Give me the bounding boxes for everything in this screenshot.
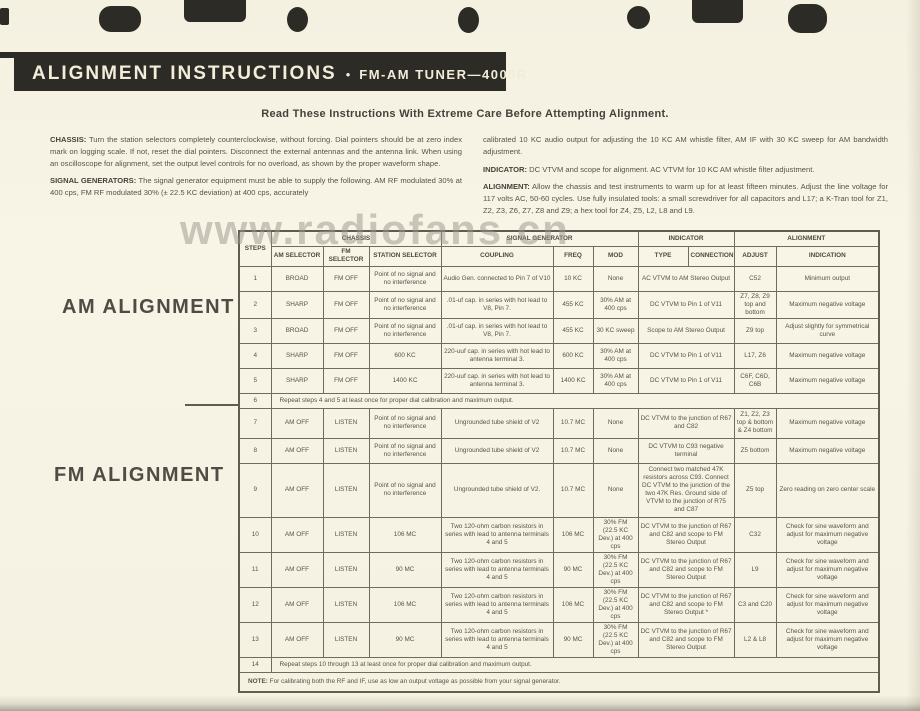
section-divider-line — [185, 404, 239, 406]
cell-freq: 455 KC — [553, 291, 593, 318]
cell-am-selector: SHARP — [271, 291, 323, 318]
cell-connection: DC VTVM to Pin 1 of V11 — [638, 368, 734, 393]
cell-fm-selector: LISTEN — [323, 517, 369, 552]
cell-station-selector: 106 MC — [369, 517, 441, 552]
cell-am-selector: SHARP — [271, 343, 323, 368]
cell-mod: None — [593, 408, 638, 438]
header-group-alignment: ALIGNMENT — [734, 231, 879, 246]
cell-coupling: .01-uf cap. in series with hot lead to V… — [441, 318, 553, 343]
table-row: 14Repeat steps 10 through 13 at least on… — [239, 657, 879, 672]
cell-connection: DC VTVM to the junction of R67 and C82 a… — [638, 622, 734, 657]
note-row: NOTE: For calibrating both the RF and IF… — [239, 672, 879, 692]
table-row: 8AM OFFLISTENPoint of no signal and no i… — [239, 438, 879, 463]
cell-am-selector: AM OFF — [271, 622, 323, 657]
cell-adjust: Z5 bottom — [734, 438, 776, 463]
punch-mark — [184, 0, 246, 22]
header-cell-type: TYPE — [638, 246, 688, 266]
punch-mark — [0, 8, 9, 25]
cell-station-selector: 106 MC — [369, 587, 441, 622]
cell-adjust: C32 — [734, 517, 776, 552]
cell-step: 3 — [239, 318, 271, 343]
punch-mark — [99, 6, 141, 32]
fm-alignment-label: FM ALIGNMENT — [54, 464, 225, 487]
cell-adjust: L9 — [734, 552, 776, 587]
signal-generators-paragraph: SIGNAL GENERATORS: The signal generator … — [50, 175, 462, 199]
cell-freq: 10 KC — [553, 266, 593, 291]
header-cell-fm-selector: FM SELECTOR — [323, 246, 369, 266]
alignment-table: STEPSCHASSISSIGNAL GENERATORINDICATORALI… — [238, 230, 880, 693]
cell-freq: 106 MC — [553, 517, 593, 552]
cell-freq: 90 MC — [553, 622, 593, 657]
cell-station-selector: Point of no signal and no interference — [369, 408, 441, 438]
cell-repeat-instruction: Repeat steps 10 through 13 at least once… — [271, 657, 879, 672]
cell-coupling: Two 120-ohm carbon resistors in series w… — [441, 587, 553, 622]
cell-adjust: C6F, C6D, C6B — [734, 368, 776, 393]
cell-adjust: L17, Z6 — [734, 343, 776, 368]
cell-connection: DC VTVM to the junction of R67 and C82 a… — [638, 517, 734, 552]
cell-station-selector: Point of no signal and no interference — [369, 318, 441, 343]
table-row: 9AM OFFLISTENPoint of no signal and no i… — [239, 463, 879, 517]
header-cell-station-selector: STATION SELECTOR — [369, 246, 441, 266]
header-cell-coupling: COUPLING — [441, 246, 553, 266]
cell-coupling: .01-uf cap. in series with hot lead to V… — [441, 291, 553, 318]
cell-step: 10 — [239, 517, 271, 552]
cell-connection: DC VTVM to the junction of R67 and C82 a… — [638, 587, 734, 622]
cell-am-selector: AM OFF — [271, 408, 323, 438]
cell-am-selector: BROAD — [271, 266, 323, 291]
cell-step: 13 — [239, 622, 271, 657]
header-group-signal-generator: SIGNAL GENERATOR — [441, 231, 638, 246]
cell-indication: Zero reading on zero center scale — [776, 463, 879, 517]
cell-mod: 30% FM (22.5 KC Dev.) at 400 cps — [593, 517, 638, 552]
cell-step: 8 — [239, 438, 271, 463]
cell-indication: Maximum negative voltage — [776, 368, 879, 393]
cell-am-selector: AM OFF — [271, 463, 323, 517]
page-edge-right — [906, 0, 920, 711]
cell-coupling: Two 120-ohm carbon resistors in series w… — [441, 517, 553, 552]
cell-coupling: Ungrounded tube shield of V2 — [441, 408, 553, 438]
header-cell-indication: INDICATION — [776, 246, 879, 266]
cell-connection: DC VTVM to the junction of R67 and C82 a… — [638, 552, 734, 587]
header-cell-mod: MOD — [593, 246, 638, 266]
indicator-paragraph: INDICATOR: DC VTVM and scope for alignme… — [483, 164, 888, 176]
cell-fm-selector: LISTEN — [323, 408, 369, 438]
cell-step: 12 — [239, 587, 271, 622]
table-row: 4SHARPFM OFF600 KC220-uuf cap. in series… — [239, 343, 879, 368]
table-row: 12AM OFFLISTEN106 MCTwo 120-ohm carbon r… — [239, 587, 879, 622]
table-row: 1BROADFM OFFPoint of no signal and no in… — [239, 266, 879, 291]
cell-connection: Connect two matched 47K resistors across… — [638, 463, 734, 517]
cell-step: 5 — [239, 368, 271, 393]
cell-am-selector: AM OFF — [271, 587, 323, 622]
cell-freq: 1400 KC — [553, 368, 593, 393]
header-cell-am-selector: AM SELECTOR — [271, 246, 323, 266]
cell-adjust: Z9 top — [734, 318, 776, 343]
cell-fm-selector: FM OFF — [323, 318, 369, 343]
cell-connection: DC VTVM to C93 negative terminal — [638, 438, 734, 463]
cell-fm-selector: FM OFF — [323, 368, 369, 393]
cell-adjust: Z7, Z8, Z9 top and bottom — [734, 291, 776, 318]
cell-step: 11 — [239, 552, 271, 587]
cell-station-selector: Point of no signal and no interference — [369, 266, 441, 291]
cell-adjust: C52 — [734, 266, 776, 291]
cell-am-selector: SHARP — [271, 368, 323, 393]
read-notice: Read These Instructions With Extreme Car… — [230, 108, 700, 120]
cell-mod: 30% FM (22.5 KC Dev.) at 400 cps — [593, 587, 638, 622]
header-cell-steps: STEPS — [239, 231, 271, 266]
cell-fm-selector: LISTEN — [323, 622, 369, 657]
cell-station-selector: 90 MC — [369, 622, 441, 657]
cell-coupling: Two 120-ohm carbon resistors in series w… — [441, 552, 553, 587]
cell-mod: None — [593, 266, 638, 291]
cell-mod: 30% FM (22.5 KC Dev.) at 400 cps — [593, 552, 638, 587]
bullet-separator: • — [346, 67, 351, 82]
table-row: 7AM OFFLISTENPoint of no signal and no i… — [239, 408, 879, 438]
cell-mod: 30% AM at 400 cps — [593, 343, 638, 368]
cell-mod: 30% AM at 400 cps — [593, 291, 638, 318]
cell-step: 1 — [239, 266, 271, 291]
table-row: 13AM OFFLISTEN90 MCTwo 120-ohm carbon re… — [239, 622, 879, 657]
cell-indication: Maximum negative voltage — [776, 343, 879, 368]
cell-station-selector: Point of no signal and no interference — [369, 438, 441, 463]
cell-station-selector: 600 KC — [369, 343, 441, 368]
cell-step: 6 — [239, 393, 271, 408]
cell-fm-selector: LISTEN — [323, 438, 369, 463]
table-row: 10AM OFFLISTEN106 MCTwo 120-ohm carbon r… — [239, 517, 879, 552]
cell-mod: None — [593, 438, 638, 463]
cell-connection: DC VTVM to the junction of R67 and C82 — [638, 408, 734, 438]
page-edge-bottom — [0, 695, 920, 711]
cell-fm-selector: LISTEN — [323, 552, 369, 587]
cell-connection: DC VTVM to Pin 1 of V11 — [638, 343, 734, 368]
model-title: FM-AM TUNER—4000R — [359, 67, 528, 82]
cell-freq: 10.7 MC — [553, 408, 593, 438]
header-group-indicator: INDICATOR — [638, 231, 734, 246]
cell-mod: 30% AM at 400 cps — [593, 368, 638, 393]
cell-coupling: Ungrounded tube shield of V2. — [441, 463, 553, 517]
punch-mark — [627, 6, 650, 29]
header-cell-freq: FREQ — [553, 246, 593, 266]
cell-am-selector: AM OFF — [271, 438, 323, 463]
cell-mod: None — [593, 463, 638, 517]
cell-fm-selector: FM OFF — [323, 266, 369, 291]
cell-indication: Check for sine waveform and adjust for m… — [776, 622, 879, 657]
cell-coupling: Ungrounded tube shield of V2 — [441, 438, 553, 463]
cell-station-selector: Point of no signal and no interference — [369, 463, 441, 517]
cell-step: 2 — [239, 291, 271, 318]
table-row: 2SHARPFM OFFPoint of no signal and no in… — [239, 291, 879, 318]
page-title: ALIGNMENT INSTRUCTIONS — [32, 63, 337, 85]
intro-left-column: CHASSIS: Turn the station selectors comp… — [50, 134, 462, 205]
cell-step: 4 — [239, 343, 271, 368]
cell-freq: 10.7 MC — [553, 438, 593, 463]
cell-am-selector: BROAD — [271, 318, 323, 343]
cell-adjust: Z5 top — [734, 463, 776, 517]
cell-station-selector: Point of no signal and no interference — [369, 291, 441, 318]
cell-mod: 30 KC sweep — [593, 318, 638, 343]
cell-station-selector: 90 MC — [369, 552, 441, 587]
cell-step: 14 — [239, 657, 271, 672]
cell-am-selector: AM OFF — [271, 552, 323, 587]
cell-fm-selector: FM OFF — [323, 343, 369, 368]
cell-freq: 455 KC — [553, 318, 593, 343]
cell-indication: Adjust slightly for symmetrical curve — [776, 318, 879, 343]
cell-note: NOTE: For calibrating both the RF and IF… — [239, 672, 879, 692]
cell-indication: Minimum output — [776, 266, 879, 291]
cell-coupling: Audio Gen. connected to Pin 7 of V10 — [441, 266, 553, 291]
cell-mod: 30% FM (22.5 KC Dev.) at 400 cps — [593, 622, 638, 657]
title-bar: ALIGNMENT INSTRUCTIONS • FM-AM TUNER—400… — [14, 57, 506, 91]
cell-step: 9 — [239, 463, 271, 517]
chassis-paragraph: CHASSIS: Turn the station selectors comp… — [50, 134, 462, 169]
cell-coupling: 220-uuf cap. in series with hot lead to … — [441, 343, 553, 368]
cell-station-selector: 1400 KC — [369, 368, 441, 393]
table-row: 3BROADFM OFFPoint of no signal and no in… — [239, 318, 879, 343]
cell-indication: Check for sine waveform and adjust for m… — [776, 587, 879, 622]
cell-indication: Maximum negative voltage — [776, 438, 879, 463]
cell-freq: 90 MC — [553, 552, 593, 587]
cell-am-selector: AM OFF — [271, 517, 323, 552]
cell-indication: Check for sine waveform and adjust for m… — [776, 552, 879, 587]
cell-adjust: C3 and C20 — [734, 587, 776, 622]
note-label: NOTE: — [248, 678, 268, 685]
cell-freq: 10.7 MC — [553, 463, 593, 517]
cell-freq: 106 MC — [553, 587, 593, 622]
alignment-paragraph: ALIGNMENT: Allow the chassis and test in… — [483, 181, 888, 216]
cell-freq: 600 KC — [553, 343, 593, 368]
intro-right-column: calibrated 10 KC audio output for adjust… — [483, 134, 888, 223]
cell-connection: Scope to AM Stereo Output — [638, 318, 734, 343]
cell-adjust: Z1, Z2, Z3 top & bottom & Z4 bottom — [734, 408, 776, 438]
cell-indication: Maximum negative voltage — [776, 291, 879, 318]
cell-indication: Check for sine waveform and adjust for m… — [776, 517, 879, 552]
cell-coupling: 220-uuf cap. in series with hot lead to … — [441, 368, 553, 393]
cell-step: 7 — [239, 408, 271, 438]
header-cell-connection: CONNECTION — [688, 246, 734, 266]
cell-connection: AC VTVM to AM Stereo Output — [638, 266, 734, 291]
punch-mark — [458, 7, 479, 33]
page: ALIGNMENT INSTRUCTIONS • FM-AM TUNER—400… — [0, 0, 920, 711]
header-group-chassis: CHASSIS — [271, 231, 441, 246]
cell-indication: Maximum negative voltage — [776, 408, 879, 438]
cell-repeat-instruction: Repeat steps 4 and 5 at least once for p… — [271, 393, 879, 408]
punch-mark — [692, 0, 743, 23]
punch-mark — [287, 7, 308, 32]
cell-fm-selector: LISTEN — [323, 463, 369, 517]
punch-mark — [788, 4, 827, 33]
table-row: 11AM OFFLISTEN90 MCTwo 120-ohm carbon re… — [239, 552, 879, 587]
table-row: 5SHARPFM OFF1400 KC220-uuf cap. in serie… — [239, 368, 879, 393]
cell-fm-selector: LISTEN — [323, 587, 369, 622]
cell-adjust: L2 & L8 — [734, 622, 776, 657]
am-alignment-label: AM ALIGNMENT — [62, 296, 235, 319]
continuation-paragraph: calibrated 10 KC audio output for adjust… — [483, 134, 888, 158]
cell-connection: DC VTVM to Pin 1 of V11 — [638, 291, 734, 318]
cell-fm-selector: FM OFF — [323, 291, 369, 318]
table-row: 6Repeat steps 4 and 5 at least once for … — [239, 393, 879, 408]
cell-coupling: Two 120-ohm carbon resistors in series w… — [441, 622, 553, 657]
header-cell-adjust: ADJUST — [734, 246, 776, 266]
